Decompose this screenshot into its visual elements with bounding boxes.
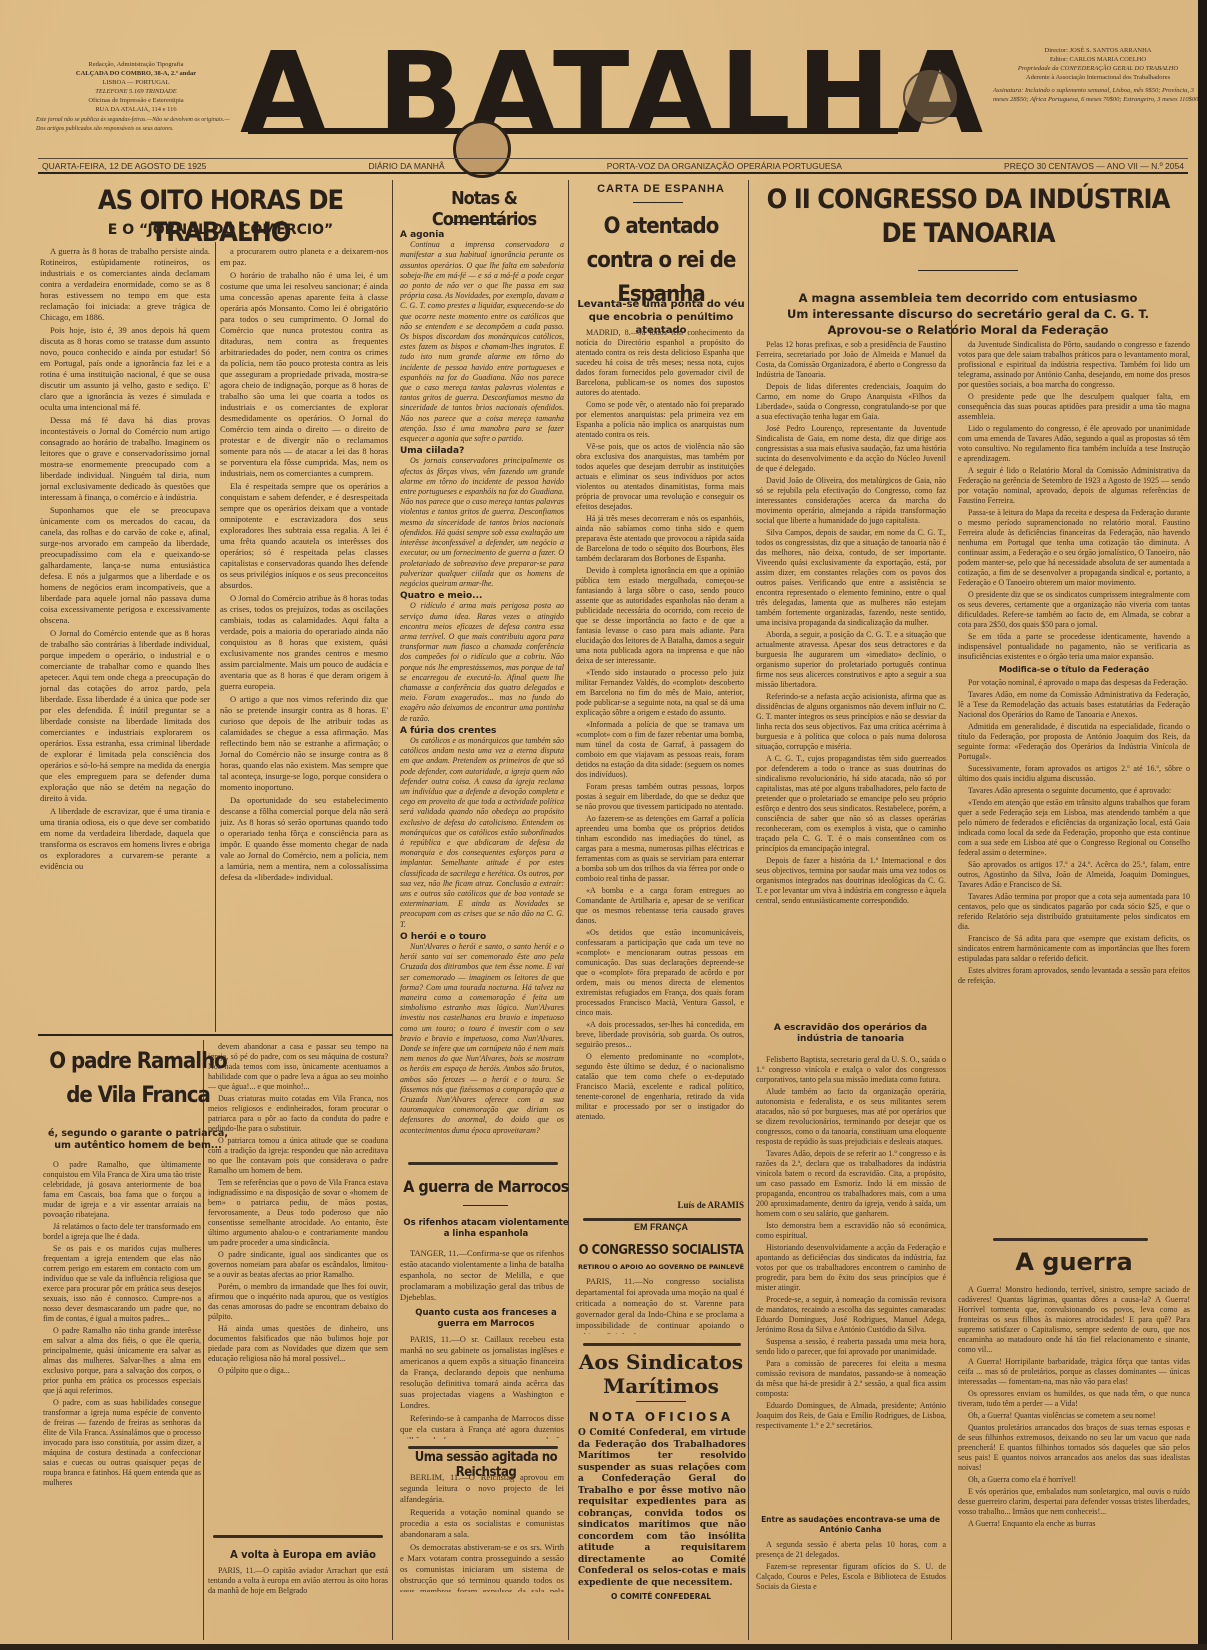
article-oito-horas-col1: A guerra às 8 horas de trabalho persiste…	[40, 246, 210, 1026]
paragraph: Já relatámos o facto dele ter transforma…	[43, 1222, 201, 1242]
masthead-phone: TELEFONE 5.169 TRINDADE	[36, 87, 236, 96]
paragraph: Passa-se à leitura do Mapa da receita e …	[958, 508, 1190, 588]
paragraph: Tem se referências que o povo de Vila Fr…	[208, 1178, 388, 1248]
paragraph: O ridículo é arma mais perigosa posta ao…	[400, 601, 564, 723]
paragraph: PARIS, 11.—O sr. Caillaux recebeu esta m…	[400, 1334, 564, 1411]
paragraph: PARIS, 11.—O capitão aviador Arrachart q…	[208, 1566, 388, 1596]
paragraph: Depois de fazer a história da 1.ª Intern…	[756, 856, 946, 906]
paragraph: «A bomba e a carga foram entregues ao Co…	[576, 886, 744, 926]
article-congresso-col1c: A segunda sessão é aberta pelas 10 horas…	[756, 1540, 946, 1600]
subhead-congresso-socialista: RETIROU O APOIO AO GOVERNO DE PAINLEVÉ	[574, 1263, 748, 1271]
paragraph: O presidente diz que se os sindicatos cu…	[958, 590, 1190, 630]
paragraph: Vê-se pois, que os actos de violência nã…	[576, 442, 744, 512]
kicker-nota-oficiosa: NOTA OFICIOSA	[574, 1410, 748, 1424]
paragraph: O Jornal do Comércio entende que as 8 ho…	[40, 628, 210, 804]
dateline-bar: QUARTA-FEIRA, 12 DE AGOSTO DE 1925 DIÁRI…	[38, 158, 1188, 174]
article-congresso-col1: Pelas 12 horas prefixas, e sob a presidê…	[756, 340, 946, 1015]
paragraph: «A dois processados, ser-lhes há concedi…	[576, 1020, 744, 1050]
tagline: PORTA-VOZ DA ORGANIZAÇÃO OPERÁRIA PORTUG…	[607, 161, 842, 171]
subhead-guerra-marrocos: Os rifenhos atacam violentamente a linha…	[400, 1218, 572, 1240]
paragraph: Os democratas abstiveram-se e os srs. Wi…	[400, 1542, 564, 1592]
notas-section-title: A fúria dos crentes	[400, 726, 564, 736]
paragraph: O padre Ramalho, que ùltimamente conquis…	[43, 1160, 201, 1220]
article-padre-col1: O padre Ramalho, que ùltimamente conquis…	[43, 1160, 201, 1640]
adherent-credit: Aderente à Associação Internacional dos …	[993, 73, 1203, 82]
paragraph: Se em tôda a parte se procedesse identic…	[958, 632, 1190, 662]
paragraph: «Tendo sido instaurado o processo pelo j…	[576, 668, 744, 718]
paragraph: Os jornais conservadores principalmente …	[400, 456, 564, 589]
masthead-line: RUA DA ATALAIA, 114 e 116	[36, 105, 236, 114]
paragraph: A seguir é lido o Relatório Moral da Com…	[958, 466, 1190, 506]
signature-luis-aramis: Luís de ARAMIS	[576, 1200, 744, 1210]
article-oito-horas-col2: a procurarem outro planeta e a deixarem-…	[220, 246, 388, 1026]
masthead-credits-block: Director: JOSÉ S. SANTOS ARRANHA Editor:…	[993, 46, 1203, 104]
page-edge	[1198, 0, 1207, 1650]
paragraph: devem abandonar a casa e passar seu temp…	[208, 1042, 388, 1092]
paragraph: José Pedro Lourenço, representante da Ju…	[756, 424, 946, 474]
kicker-carta-espanha: CARTA DE ESPANHA	[574, 183, 748, 195]
paragraph: Depois de lidas diferentes credenciais, …	[756, 382, 946, 422]
subhead-line: A magna assembleia tem decorrido com ent…	[753, 290, 1183, 306]
article-sindicatos-body: O Comité Confederal, em virtude da Feder…	[578, 1428, 746, 1589]
ornamental-rule	[583, 1218, 741, 1221]
paragraph: Tavares Adão termina por propor que a co…	[958, 892, 1190, 932]
paragraph: Por votação nominal, é aprovado o mapa d…	[958, 678, 1190, 688]
notas-section-title: A agonia	[400, 230, 564, 240]
headline-congresso-socialista: O CONGRESSO SOCIALISTA	[574, 1243, 748, 1258]
paragraph: O Jornal do Comércio atribue às 8 horas …	[220, 593, 388, 692]
headline-congresso-tanoaria: O II CONGRESSO DA INDÚSTRIA DE TANOARIA	[753, 183, 1183, 251]
paragraph: Se os pais e os maridos cujas mulheres f…	[43, 1244, 201, 1324]
masthead-address-block: Redacção, Administração Tipografia CALÇA…	[36, 60, 236, 134]
page-edge	[0, 1644, 1207, 1650]
signature-comite-confederal: O COMITÉ CONFEDERAL	[574, 1592, 748, 1601]
headline-sindicatos-maritimos: Aos Sindicatos Marítimos	[574, 1350, 748, 1398]
subhead-line: Aprovou-se o Relatório Moral da Federaçã…	[753, 322, 1183, 338]
paragraph: «Tendo em atenção que estão em trânsito …	[958, 798, 1190, 858]
paragraph: Admitida em generalidade, é discutida na…	[958, 722, 1190, 762]
paragraph: A liberdade de escravizar, que é uma tir…	[40, 806, 210, 872]
paragraph: Tavares Adão apresenta o seguinte docume…	[958, 786, 1190, 796]
article-espanha-body: MADRID, 8.—Já todos têm conhecimento da …	[576, 328, 744, 1123]
paragraph: Tavares Adão, em nome da Comissão Admini…	[958, 690, 1190, 720]
paragraph: Alude também ao facto da organização ope…	[756, 1087, 946, 1147]
paragraph: A C. G. T., cujos propagandistas têm sid…	[756, 754, 946, 854]
article-congresso-col1b: Felisberto Baptista, secretario geral da…	[756, 1055, 946, 1510]
paragraph: São aprovados os artigos 17.º a 24.º. Ac…	[958, 860, 1190, 890]
paragraph: O patriarca tomou a única atitude que se…	[208, 1136, 388, 1176]
paragraph: Os opressores enviam os humildes, os que…	[958, 1389, 1190, 1409]
paragraph: Estes alvitres foram aprovados, sendo le…	[958, 966, 1190, 986]
paragraph: Referindo-se a nefasta acção acisionista…	[756, 692, 946, 752]
paragraph: A segunda sessão é aberta pelas 10 horas…	[756, 1540, 946, 1560]
notas-section-title: Quatro e meio...	[400, 591, 564, 601]
paragraph: Felisberto Baptista, secretario geral da…	[756, 1055, 946, 1085]
column-rule	[951, 320, 952, 1640]
title-rule	[633, 202, 683, 203]
subhead-line: Um interessante discurso do secretário g…	[753, 306, 1183, 322]
subhead-federacao: Modifica-se o título da Federação	[958, 665, 1190, 675]
paragraph: Historiando desenvolvidamente a acção da…	[756, 1243, 946, 1293]
article-reichstag-body: BERLIM, 11.—O Reichstag aprovou em segun…	[400, 1472, 564, 1592]
masthead-line: Oficinas de Impressão e Estereotipia	[36, 96, 236, 105]
paragraph: Eduardo Domingues, de Almada, presidente…	[756, 1401, 946, 1431]
title-underline	[248, 128, 898, 134]
paragraph: Dessa má fé dava há dias provas incontes…	[40, 415, 210, 503]
paragraph: Suponhamos que ele se preocupava ùnicame…	[40, 505, 210, 626]
paragraph: BERLIM, 11.—O Reichstag aprovou em segun…	[400, 1472, 564, 1505]
ornamental-rule	[993, 1238, 1148, 1241]
paragraph: Suspensa a sessão, é reaberta passada um…	[756, 1337, 946, 1357]
paragraph: Para a comissão de pareceres foi eleita …	[756, 1359, 946, 1399]
paragraph: Quantos proletários arrancados dos braço…	[958, 1423, 1190, 1473]
issue-date: QUARTA-FEIRA, 12 DE AGOSTO DE 1925	[42, 161, 206, 171]
paragraph: Pois hoje, isto é, 39 anos depois há que…	[40, 325, 210, 413]
paragraph: A Guerra! Horripilante barbaridade, trág…	[958, 1357, 1190, 1387]
paragraph: Silva Campos, depois de saudar, em nome …	[756, 528, 946, 628]
owner-credit: Propriedade da CONFEDERAÇÃO GERAL DO TRA…	[993, 64, 1203, 73]
article-padre-col2: devem abandonar a casa e passar seu temp…	[208, 1042, 388, 1532]
paragraph: MADRID, 8.—Já todos têm conhecimento da …	[576, 328, 744, 398]
headline-oito-horas: AS OITO HORAS DE TRABALHO	[53, 185, 388, 249]
paragraph: O horário de trabalho não é uma lei, é u…	[220, 270, 388, 479]
paragraph: Sucessivamente, foram aprovados os artig…	[958, 764, 1190, 784]
paragraph: Foram presas também outras pessoas, lorp…	[576, 782, 744, 812]
headline-padre-ramalho: O padre Ramalho de Vila Franca	[48, 1045, 228, 1113]
title-rule	[918, 270, 1018, 271]
price-issue: PREÇO 30 CENTAVOS — ANO VII — N.º 2054	[1004, 161, 1184, 171]
paragraph: Ela é respeitada sempre que os operários…	[220, 481, 388, 591]
paragraph: Requerida a votação nominal quando se pr…	[400, 1507, 564, 1540]
subhead-escravidao: A escravidão dos operários da indústria …	[753, 1023, 948, 1045]
paragraph: E vós operários que, embalados num sonle…	[958, 1487, 1190, 1517]
editor-credit: Editor: CARLOS MARIA COELHO	[993, 55, 1203, 64]
title-rule	[463, 1205, 508, 1206]
paragraph: da Juventude Sindicalista do Pôrto, saud…	[958, 340, 1190, 390]
kicker-em-franca: EM FRANÇA	[574, 1222, 748, 1232]
paragraph: O artigo a que nos vimos referindo diz q…	[220, 694, 388, 793]
paragraph: Porém, o membro da irmandade que lhes fo…	[208, 1282, 388, 1322]
paragraph: A guerra às 8 horas de trabalho persiste…	[40, 246, 210, 323]
masthead-line: CALÇADA DO COMBRO, 38-A, 2.º andar	[36, 69, 236, 78]
paragraph: PARIS, 11.—No congresso socialista depar…	[576, 1276, 744, 1334]
paragraph: A Guerra! Monstro hediondo, terrível, si…	[958, 1285, 1190, 1355]
paragraph: David João de Oliveira, dos metalúrgicos…	[756, 476, 946, 526]
edition-label: DIÁRIO DA MANHÃ	[369, 161, 445, 171]
headline-notas-comentarios: Notas & Comentários	[400, 188, 568, 230]
paragraph: Fazem-se representar figuram ofícios do …	[756, 1562, 946, 1592]
subheads-congresso: A magna assembleia tem decorrido com ent…	[753, 290, 1183, 338]
paragraph: Há ainda umas questões de dinheiro, uns …	[208, 1324, 388, 1364]
section-divider	[38, 1034, 393, 1036]
headline-quanto-custa: Quanto custa aos franceses a guerra em M…	[400, 1308, 572, 1330]
paragraph: Isto demonstra bem a escravidão não só e…	[756, 1221, 946, 1241]
paragraph: a procurarem outro planeta e a deixarem-…	[220, 246, 388, 268]
paragraph: A Guerra! Enquanto ela enche as burras	[958, 1519, 1190, 1529]
subhead-oito-horas: E O “JORNAL DO COMÉRCIO”	[53, 222, 388, 238]
column-rule	[748, 180, 749, 1640]
title-rule	[453, 222, 503, 223]
column-rule	[392, 180, 393, 1640]
ornamental-rule	[408, 1446, 558, 1449]
headline-volta-europa: A volta à Europa em avião	[208, 1548, 398, 1561]
paragraph: Oh, a Guerra como ela é horrível!	[958, 1475, 1190, 1485]
paragraph: O padre Ramalho não tinha grande interês…	[43, 1326, 201, 1396]
paragraph: O padre sindicante, igual aos sindicante…	[208, 1250, 388, 1280]
title-rule	[636, 1401, 686, 1402]
newspaper-title: A BATALHA	[240, 34, 900, 154]
masthead-line: Redacção, Administração Tipografia	[36, 60, 236, 69]
ornamental-rule	[408, 1162, 558, 1165]
paragraph: Da oportunidade do seu estabelecimento d…	[220, 795, 388, 883]
paragraph: Ao fazerem-se as detenções em Garraf a p…	[576, 814, 744, 884]
paragraph: Lido o regulamento do congresso, é êle a…	[958, 424, 1190, 464]
paragraph: Continua a imprensa conservadora a manif…	[400, 240, 564, 444]
paragraph: Como se pode vêr, o atentado não foi pre…	[576, 400, 744, 440]
paragraph: O púlpito que o diga...	[208, 1366, 388, 1376]
paragraph: O presidente pede que lhe desculpem qual…	[958, 392, 1190, 422]
paragraph: TANGER, 11.—Confirma-se que os rifenhos …	[400, 1248, 564, 1303]
paragraph: Aborda, a seguir, a posição da C. G. T. …	[756, 630, 946, 690]
masthead-line: LISBOA — PORTUGAL	[36, 78, 236, 87]
article-a-guerra-body: A Guerra! Monstro hediondo, terrível, si…	[958, 1285, 1190, 1640]
paragraph: Procede-se, a seguir, à nomeação da comi…	[756, 1295, 946, 1335]
paragraph: Tavares Adão, depois de se referir ao 1.…	[756, 1149, 946, 1219]
paragraph: Francisco de Sá adita para que «sempre q…	[958, 934, 1190, 964]
notas-section-title: O herói e o touro	[400, 932, 564, 942]
paragraph: Pelas 12 horas prefixas, e sob a presidê…	[756, 340, 946, 380]
column-rule	[568, 180, 569, 1640]
paragraph: Nun'Alvares o herói e santo, o santo her…	[400, 942, 564, 1136]
paragraph: O padre, com as suas habilidades consegu…	[43, 1398, 201, 1488]
newspaper-page: Redacção, Administração Tipografia CALÇA…	[8, 0, 1196, 1650]
headline-a-guerra: A guerra	[958, 1248, 1190, 1276]
subscription-info: Assinatura: Incluindo o suplemento seman…	[993, 86, 1203, 104]
director-credit: Director: JOSÉ S. SANTOS ARRANHA	[993, 46, 1203, 55]
subhead-padre-ramalho: é, segundo o garante o patriarca, um aut…	[48, 1128, 228, 1152]
paragraph: Devido à completa ignorância em que a op…	[576, 566, 744, 666]
headline-atentado-espanha: O atentado contra o rei de Espanha	[574, 210, 748, 312]
article-volta-europa-body: PARIS, 11.—O capitão aviador Arrachart q…	[208, 1566, 388, 1616]
notas-column: A agonia Continua a imprensa conservador…	[400, 230, 564, 1145]
paragraph: O elemento predominante no «complot», se…	[576, 1052, 744, 1122]
column-rule	[215, 242, 216, 1032]
paragraph: Referindo-se à campanha de Marrocos diss…	[400, 1413, 564, 1439]
article-quanto-custa-body: PARIS, 11.—O sr. Caillaux recebeu esta m…	[400, 1334, 564, 1439]
masthead-note: Este jornal não se publica às segundas-f…	[36, 116, 236, 134]
library-stamp-icon	[903, 70, 957, 124]
article-franca-body: PARIS, 11.—No congresso socialista depar…	[576, 1276, 744, 1334]
ornamental-rule	[583, 1343, 741, 1346]
ornamental-rule	[213, 1535, 383, 1538]
article-guerra-marrocos-body: TANGER, 11.—Confirma-se que os rifenhos …	[400, 1248, 564, 1304]
paragraph: «Informada a polícia de que se tramava u…	[576, 720, 744, 780]
paragraph: «Os detidos que estão incomunicáveis, co…	[576, 928, 744, 1018]
subhead-saudacoes: Entre as saudações encontrava-se uma de …	[753, 1515, 948, 1535]
title-rule	[633, 291, 683, 292]
notas-section-title: Uma ciilada?	[400, 446, 564, 456]
headline-guerra-marrocos: A guerra de Marrocos	[400, 1177, 572, 1196]
paragraph: Duas criaturas muito cotadas em Vila Fra…	[208, 1094, 388, 1134]
paragraph: Há já três meses decorreram e nós os esp…	[576, 514, 744, 564]
article-congresso-col2: da Juventude Sindicalista do Pôrto, saud…	[958, 340, 1190, 1165]
paragraph: Os católicos e os monárquicos que também…	[400, 736, 564, 930]
paragraph: Oh, a Guerra! Quantas violências se come…	[958, 1411, 1190, 1421]
